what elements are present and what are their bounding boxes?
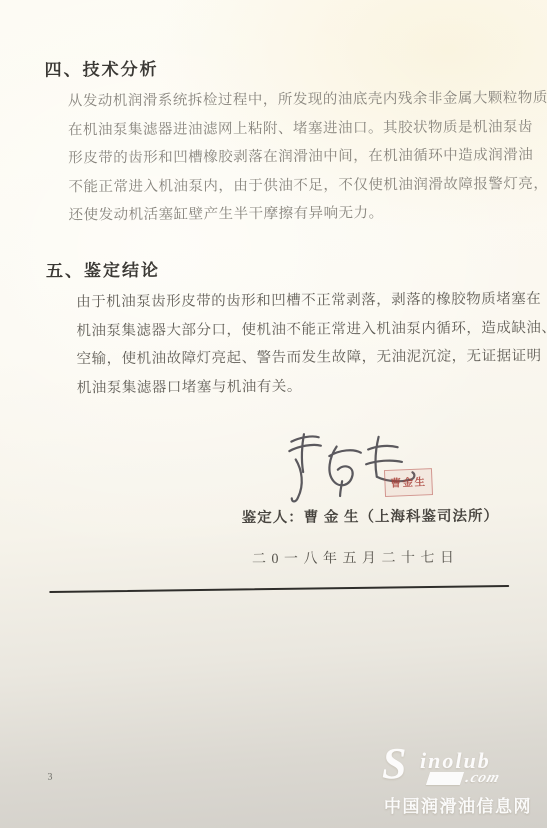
appraiser-line: 鉴定人：曹 金 生（上海科鉴司法所） (242, 504, 499, 527)
watermark-banner: .com (426, 772, 534, 785)
watermark-sinolub: S inolub .com 中国润滑油信息网 (382, 742, 542, 822)
paragraph-line: 在机油泵集滤器进油滤网上粘附、堵塞进油口。其胶状物质是机油泵齿 (68, 113, 530, 145)
document-content: 四、技术分析 从发动机润滑系统拆检过程中，所发现的油底壳内残余非金属大颗粒物质，… (0, 0, 547, 828)
page-number: 3 (47, 772, 52, 783)
paragraph-appraisal-conclusion: 由于机油泵齿形皮带的齿形和凹槽不正常剥落，剥落的橡胶物质堵塞在 机油泵集滤器大部… (76, 285, 529, 403)
section-heading-technical-analysis: 四、技术分析 (44, 55, 158, 81)
paragraph-line: 形皮带的齿形和凹槽橡胶剥落在润滑油中间，在机油循环中造成润滑油 (68, 141, 530, 173)
paragraph-technical-analysis: 从发动机润滑系统拆检过程中，所发现的油底壳内残余非金属大颗粒物质， 在机油泵集滤… (68, 84, 531, 230)
section-heading-appraisal-conclusion: 五、鉴定结论 (46, 256, 160, 282)
paragraph-line: 机油泵集滤器口堵塞与机油有关。 (77, 371, 529, 403)
watermark-tld: .com (464, 772, 502, 785)
paragraph-line: 机油泵集滤器大部分口，使机油不能正常进入机油泵内循环，造成缺油、 (76, 314, 528, 346)
paragraph-line: 由于机油泵齿形皮带的齿形和凹槽不正常剥落，剥落的橡胶物质堵塞在 (76, 285, 528, 317)
paragraph-line: 还使发动机活塞缸壁产生半干摩擦有异响无力。 (69, 199, 531, 231)
paragraph-line: 从发动机润滑系统拆检过程中，所发现的油底壳内残余非金属大颗粒物质， (68, 84, 530, 116)
horizontal-rule (49, 585, 509, 593)
red-seal-stamp: 曹金生 (384, 468, 433, 497)
date-line: 二0一八年五月二十七日 (252, 547, 460, 568)
watermark-logo: S inolub .com (382, 742, 542, 788)
paragraph-line: 空输，使机油故障灯亮起、警告而发生故障，无油泥沉淀，无证据证明 (77, 342, 529, 374)
paragraph-line: 不能正常进入机油泵内，由于供油不足，不仅使机油润滑故障报警灯亮， (68, 170, 530, 202)
watermark-logo-s-letter: S (382, 744, 406, 784)
watermark-banner-shape (426, 772, 464, 785)
scanned-document-page: 四、技术分析 从发动机润滑系统拆检过程中，所发现的油底壳内残余非金属大颗粒物质，… (0, 0, 547, 828)
watermark-site-name: 中国润滑油信息网 (384, 792, 532, 817)
